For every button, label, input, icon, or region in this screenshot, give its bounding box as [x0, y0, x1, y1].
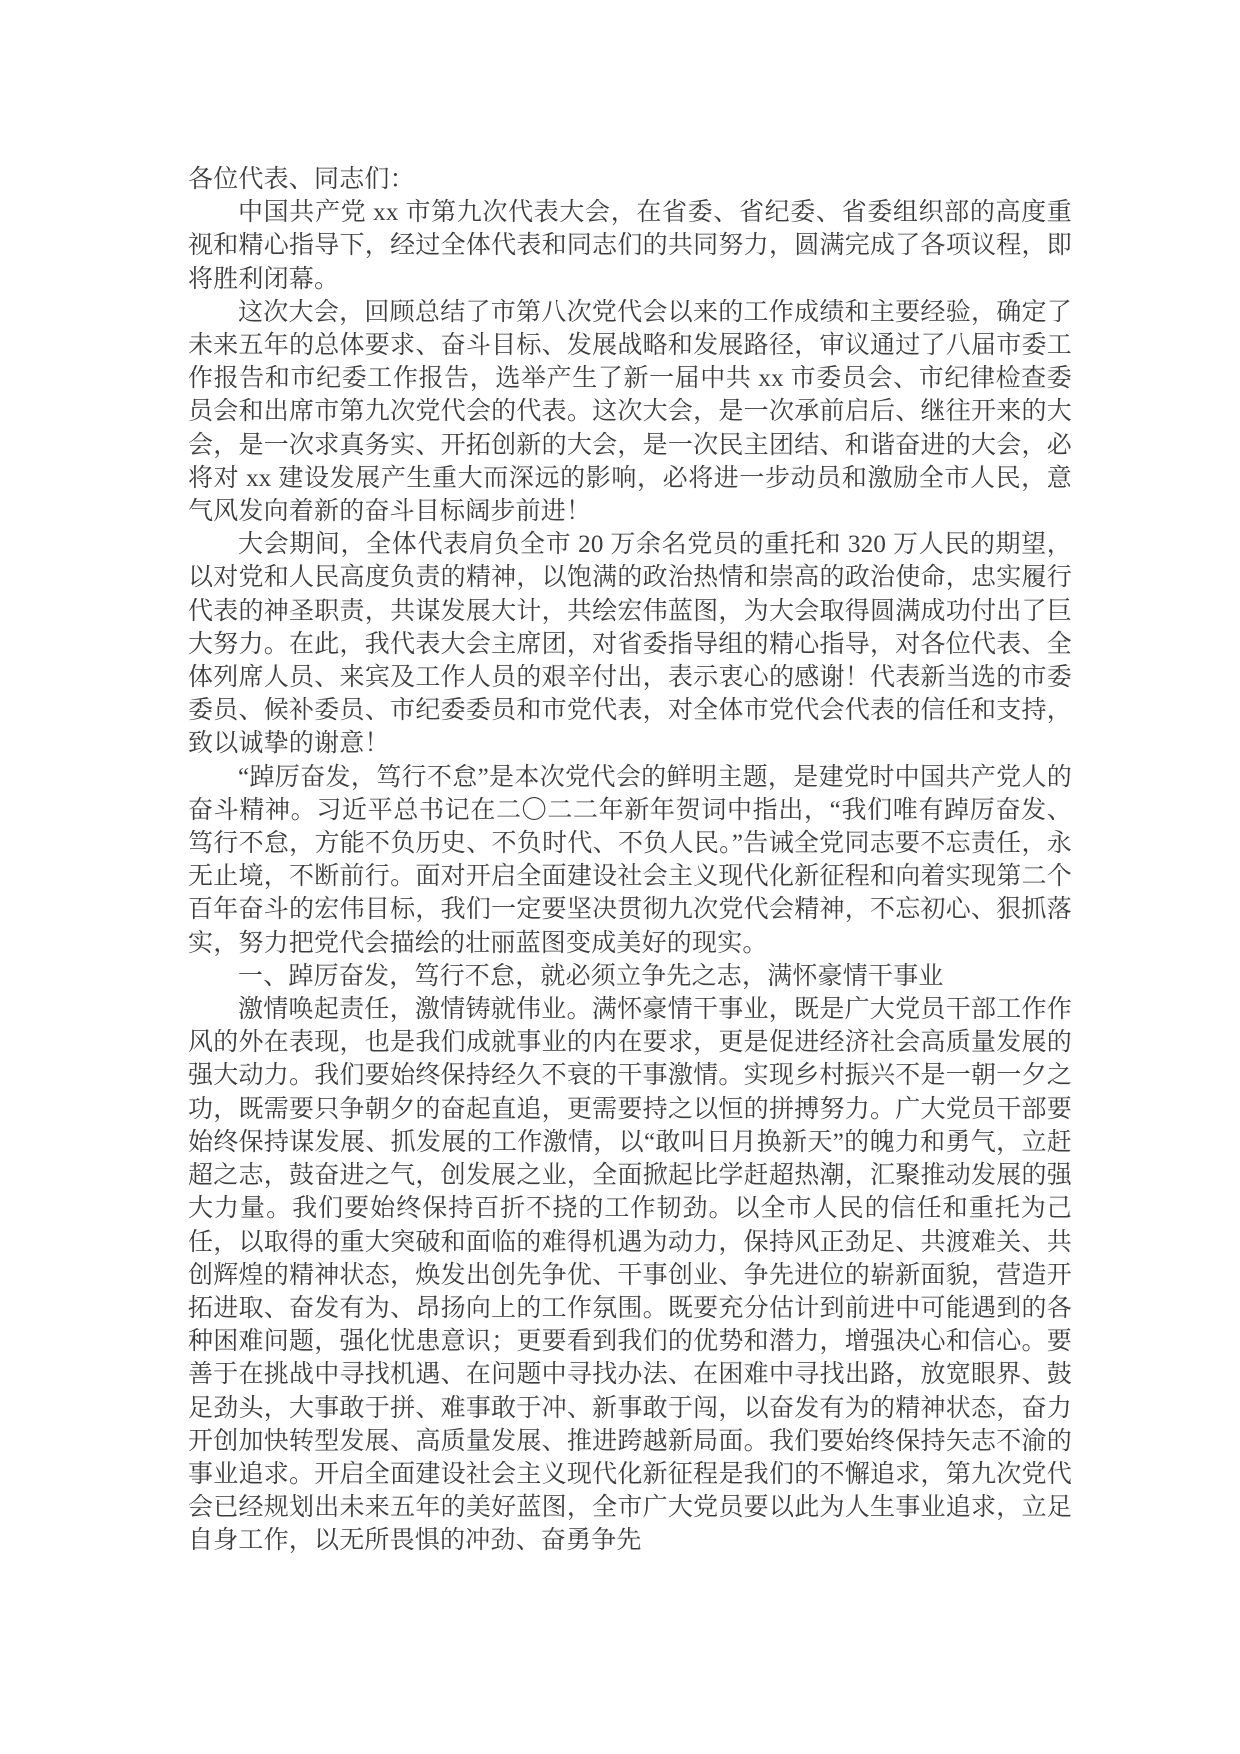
document-page: 各位代表、同志们： 中国共产党 xx 市第九次代表大会，在省委、省纪委、省委组织…	[0, 0, 1240, 1754]
paragraph-gratitude: 大会期间，全体代表肩负全市 20 万余名党员的重托和 320 万人民的期望，以对…	[188, 528, 1072, 760]
paragraph-congress-summary: 这次大会，回顾总结了市第八次党代会以来的工作成绩和主要经验，确定了未来五年的总体…	[188, 296, 1072, 528]
document-body: 各位代表、同志们： 中国共产党 xx 市第九次代表大会，在省委、省纪委、省委组织…	[188, 163, 1072, 1558]
paragraph-theme: “踔厉奋发，笃行不怠”是本次党代会的鲜明主题，是建党时中国共产党人的奋斗精神。习…	[188, 761, 1072, 960]
salutation-line: 各位代表、同志们：	[188, 163, 1072, 196]
paragraph-section-1-body: 激情唤起责任，激情铸就伟业。满怀豪情干事业，既是广大党员干部工作作风的外在表现，…	[188, 993, 1072, 1557]
section-heading-1: 一、踔厉奋发，笃行不怠，就必须立争先之志，满怀豪情干事业	[188, 960, 1072, 993]
paragraph-congress-conclusion: 中国共产党 xx 市第九次代表大会，在省委、省纪委、省委组织部的高度重视和精心指…	[188, 196, 1072, 296]
